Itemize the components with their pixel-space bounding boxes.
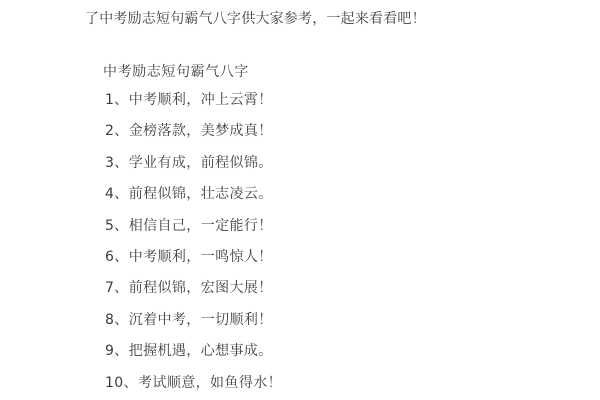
- list-item: 2、金榜落款，美梦成真！: [105, 124, 282, 138]
- list-item: 1、中考顺利，冲上云霄！: [105, 93, 282, 107]
- page-title: 中考励志短句霸气八字: [103, 61, 249, 81]
- list-item: 4、前程似锦，壮志凌云。: [105, 187, 282, 201]
- list-item: 5、相信自己，一定能行！: [105, 219, 282, 233]
- list-item: 9、把握机遇，心想事成。: [105, 344, 282, 358]
- list-item: 10、考试顺意，如鱼得水！: [105, 376, 282, 390]
- quote-list: 1、中考顺利，冲上云霄！ 2、金榜落款，美梦成真！ 3、学业有成，前程似锦。 4…: [105, 93, 282, 400]
- list-item: 6、中考顺利，一鸣惊人！: [105, 250, 282, 264]
- document-page: 了中考励志短句霸气八字供大家参考，一起来看看吧！ 中考励志短句霸气八字 1、中考…: [0, 0, 600, 400]
- list-item: 3、学业有成，前程似锦。: [105, 156, 282, 170]
- list-item: 8、沉着中考，一切顺利！: [105, 313, 282, 327]
- intro-paragraph: 了中考励志短句霸气八字供大家参考，一起来看看吧！: [85, 8, 426, 28]
- list-item: 7、前程似锦，宏图大展！: [105, 281, 282, 295]
